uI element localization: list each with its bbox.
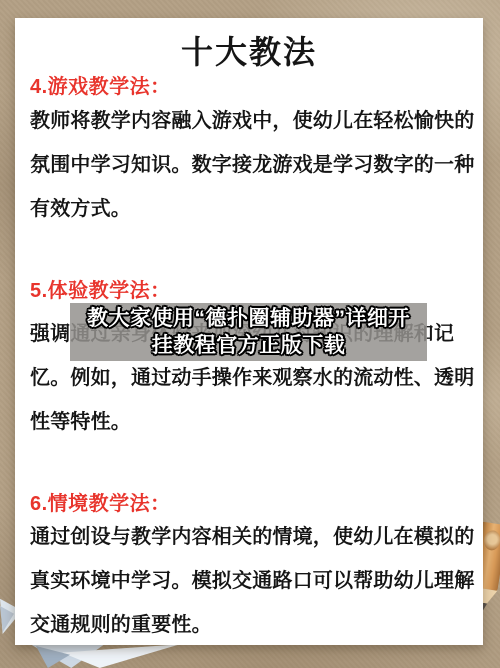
body-line: 真实环境中学习。模拟交通路口可以帮助幼儿理解 <box>30 559 478 603</box>
watermark-text: 教大家使用“德扑圈辅助器”详细开 <box>87 305 410 332</box>
section-heading-4: 4.游戏教学法： <box>30 70 171 99</box>
page-title: 十大教法 <box>15 27 483 73</box>
body-line: 通过创设与教学内容相关的情境，使幼儿在模拟的 <box>30 515 478 559</box>
body-line: 教师将教学内容融入游戏中，使幼儿在轻松愉快的 <box>30 99 478 143</box>
body-line: 有效方式。 <box>30 187 478 231</box>
body-line: 忆。例如，通过动手操作来观察水的流动性、透明 <box>30 356 478 400</box>
body-line: 交通规则的重要性。 <box>30 603 478 647</box>
section-heading-6: 6.情境教学法： <box>30 487 171 516</box>
section-body-4: 教师将教学内容融入游戏中，使幼儿在轻松愉快的 氛围中学习知识。数字接龙游戏是学习… <box>30 99 478 231</box>
section-body-6: 通过创设与教学内容相关的情境，使幼儿在模拟的 真实环境中学习。模拟交通路口可以帮… <box>30 515 478 647</box>
watermark-overlay: 教大家使用“德扑圈辅助器”详细开 挂教程官方正版下载 <box>70 303 427 361</box>
body-line: 氛围中学习知识。数字接龙游戏是学习数字的一种 <box>30 143 478 187</box>
section-heading-5: 5.体验教学法： <box>30 274 171 303</box>
watermark-text: 挂教程官方正版下载 <box>152 332 346 359</box>
poster: 十大教法 4.游戏教学法： 教师将教学内容融入游戏中，使幼儿在轻松愉快的 氛围中… <box>0 0 500 668</box>
body-line: 性等特性。 <box>30 400 478 444</box>
